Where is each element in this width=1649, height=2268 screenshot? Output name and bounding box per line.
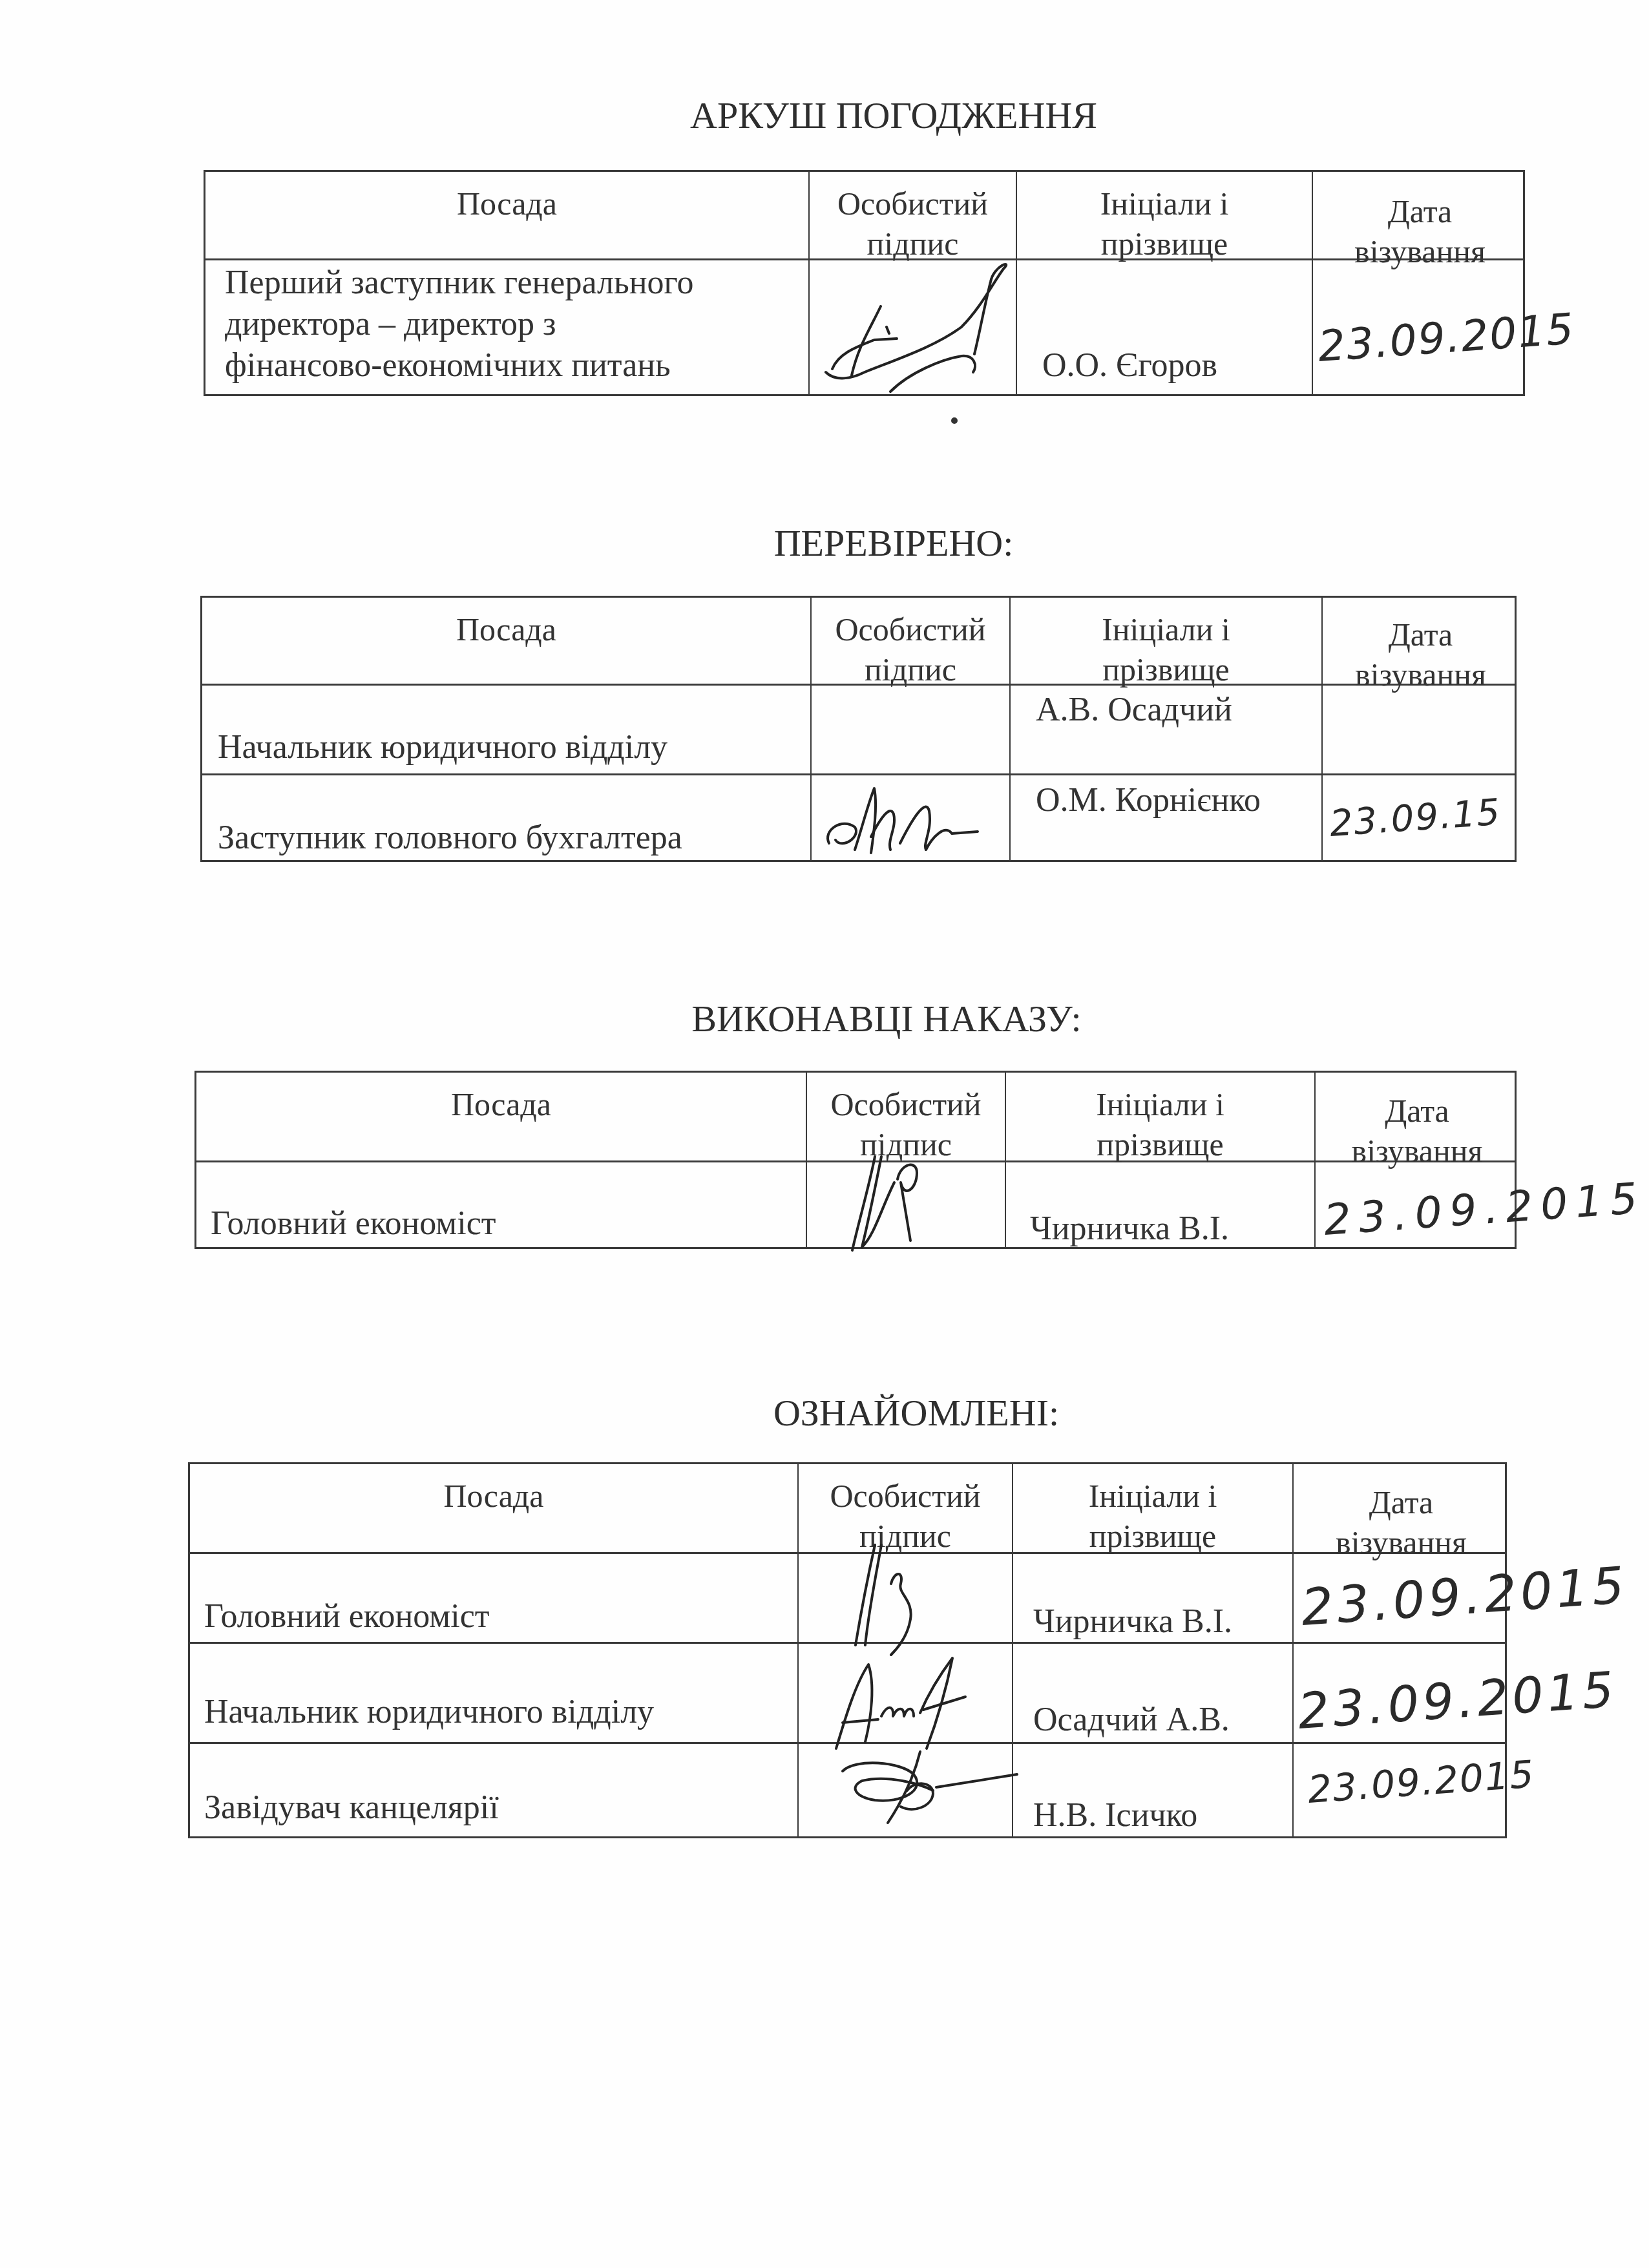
position-text: директора – директор з — [225, 304, 556, 345]
handwritten-date: 23.09.2015 — [1307, 1752, 1537, 1812]
header-label: підпис — [810, 224, 1016, 264]
column-header-date: Дата візування — [1294, 1464, 1509, 1552]
handwritten-date: 23.09.2015 — [1322, 1173, 1646, 1245]
signature-icon — [836, 1144, 965, 1254]
header-label: Особистий — [812, 609, 1009, 649]
header-label: Посада — [457, 185, 557, 222]
signature-icon — [830, 1535, 959, 1658]
column-header-position: Посада — [202, 598, 810, 684]
signer-name: Осадчий А.В. — [1033, 1699, 1230, 1741]
header-label: Ініціали і — [1006, 1084, 1314, 1124]
column-header-date: Дата візування — [1316, 1073, 1518, 1160]
position-text: Завідувач канцелярії — [204, 1787, 499, 1829]
row-divider — [202, 773, 1515, 775]
signer-name: Н.В. Ісичко — [1033, 1795, 1197, 1836]
header-label: прізвище — [1013, 1516, 1292, 1556]
position-text: Начальник юридичного відділу — [204, 1692, 654, 1733]
signature-icon — [816, 779, 1010, 863]
acknowledged-table: Посада Особистий підпис Ініціали і прізв… — [188, 1462, 1507, 1838]
header-label: Посада — [456, 611, 556, 647]
column-header-date: Дата візування — [1323, 598, 1518, 684]
header-label: Ініціали і — [1017, 184, 1312, 224]
header-label: Дата — [1323, 614, 1518, 655]
signature-icon — [817, 1652, 985, 1755]
header-label: Ініціали і — [1011, 609, 1321, 649]
header-label: Дата — [1316, 1091, 1518, 1131]
header-label: Посада — [444, 1478, 544, 1514]
scan-artifact-dot — [951, 417, 958, 424]
column-header-position: Посада — [196, 1073, 806, 1160]
header-label: Особистий — [807, 1084, 1005, 1124]
header-label: Ініціали і — [1013, 1476, 1292, 1516]
signature-icon — [819, 262, 1013, 398]
column-header-signature: Особистий підпис — [812, 598, 1009, 684]
position-text: фінансово-економічних питань — [225, 345, 671, 386]
scanned-document-page: АРКУШ ПОГОДЖЕННЯ Посада Особистий підпис… — [0, 0, 1649, 2268]
header-label: візування — [1313, 231, 1527, 271]
section-title-executors: ВИКОНАВЦІ НАКАЗУ: — [691, 1000, 1081, 1038]
signer-name: О.М. Корнієнко — [1036, 780, 1261, 821]
section-title-verified: ПЕРЕВІРЕНО: — [774, 525, 1014, 562]
handwritten-date: 23.09.2015 — [1299, 1557, 1630, 1637]
header-label: Дата — [1313, 191, 1527, 231]
signer-name: А.В. Осадчий — [1036, 689, 1232, 731]
position-text: Заступник головного бухгалтера — [218, 817, 682, 859]
handwritten-date: 23.09.15 — [1329, 792, 1502, 845]
header-label: підпис — [812, 649, 1009, 689]
position-text: Головний економіст — [211, 1203, 496, 1244]
signer-name: Чирничка В.І. — [1030, 1208, 1229, 1250]
header-label: візування — [1316, 1131, 1518, 1171]
signer-name: О.О. Єгоров — [1042, 345, 1217, 386]
column-header-initials: Ініціали і прізвище — [1006, 1073, 1314, 1160]
header-label: візування — [1323, 655, 1518, 695]
handwritten-date: 23.09.2015 — [1296, 1661, 1619, 1740]
executors-table: Посада Особистий підпис Ініціали і прізв… — [194, 1071, 1517, 1249]
header-label: Дата — [1294, 1482, 1509, 1522]
column-header-initials: Ініціали і прізвище — [1013, 1464, 1292, 1552]
column-header-date: Дата візування — [1313, 172, 1527, 258]
column-header-position: Посада — [190, 1464, 797, 1552]
approval-table: Посада Особистий підпис Ініціали і прізв… — [204, 170, 1525, 396]
section-title-acknowledged: ОЗНАЙОМЛЕНІ: — [773, 1394, 1059, 1432]
signature-icon — [830, 1745, 1030, 1829]
section-title-approval-sheet: АРКУШ ПОГОДЖЕННЯ — [690, 97, 1097, 134]
verified-table: Посада Особистий підпис Ініціали і прізв… — [200, 596, 1517, 862]
handwritten-date: 23.09.2015 — [1316, 304, 1576, 372]
header-label: Особистий — [810, 184, 1016, 224]
column-header-initials: Ініціали і прізвище — [1017, 172, 1312, 258]
header-label: Посада — [451, 1086, 551, 1122]
position-text: Начальник юридичного відділу — [218, 727, 667, 768]
header-label: прізвище — [1011, 649, 1321, 689]
signer-name: Чирничка В.І. — [1033, 1601, 1232, 1643]
header-label: візування — [1294, 1522, 1509, 1562]
column-header-signature: Особистий підпис — [810, 172, 1016, 258]
position-text: Перший заступник генерального — [225, 262, 694, 304]
header-label: прізвище — [1006, 1124, 1314, 1164]
position-text: Головний економіст — [204, 1596, 490, 1637]
column-header-position: Посада — [205, 172, 808, 258]
header-label: Особистий — [799, 1476, 1012, 1516]
header-label: прізвище — [1017, 224, 1312, 264]
column-header-initials: Ініціали і прізвище — [1011, 598, 1321, 684]
